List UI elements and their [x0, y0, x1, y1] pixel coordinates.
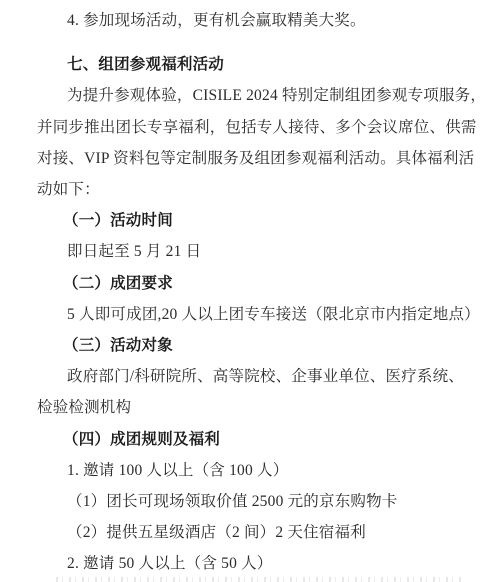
- doc-text-line: 2. 邀请 50 人以上（含 50 人）: [37, 548, 482, 579]
- doc-text-line: 并同步推出团长专享福利，包括专人接待、多个会议席位、供需: [37, 112, 482, 143]
- doc-text-line: 1. 邀请 100 人以上（含 100 人）: [37, 455, 482, 486]
- doc-text-line: 检验检测机构: [37, 392, 482, 423]
- doc-heading-line: （三）活动对象: [37, 330, 482, 361]
- doc-text-line: 即日起至 5 月 21 日: [37, 236, 482, 267]
- doc-text-line: 动如下：: [37, 174, 482, 205]
- doc-heading-line: （一）活动时间: [37, 205, 482, 236]
- doc-text-line: （2）提供五星级酒店（2 间）2 天住宿福利: [37, 517, 482, 548]
- doc-text-line: 5 人即可成团,20 人以上团专车接送（限北京市内指定地点）: [37, 299, 482, 330]
- doc-heading-line: 七、组团参观福利活动: [37, 49, 482, 80]
- document-page: 4. 参加现场活动，更有机会赢取精美大奖。七、组团参观福利活动为提升参观体验，C…: [0, 0, 500, 582]
- doc-heading-line: （四）成团规则及福利: [37, 424, 482, 455]
- doc-text-line: 为提升参观体验，CISILE 2024 特别定制组团参观专项服务，: [37, 80, 482, 111]
- doc-heading-line: （二）成团要求: [37, 268, 482, 299]
- document-body: 4. 参加现场活动，更有机会赢取精美大奖。七、组团参观福利活动为提升参观体验，C…: [0, 0, 500, 580]
- doc-text-line: 4. 参加现场活动，更有机会赢取精美大奖。: [37, 5, 482, 36]
- doc-text-line: 政府部门/科研院所、高等院校、企事业单位、医疗系统、: [37, 361, 482, 392]
- doc-text-line: （1）团长可现场领取价值 2500 元的京东购物卡: [37, 486, 482, 517]
- doc-text-line: 对接、VIP 资料包等定制服务及组团参观福利活动。具体福利活: [37, 143, 482, 174]
